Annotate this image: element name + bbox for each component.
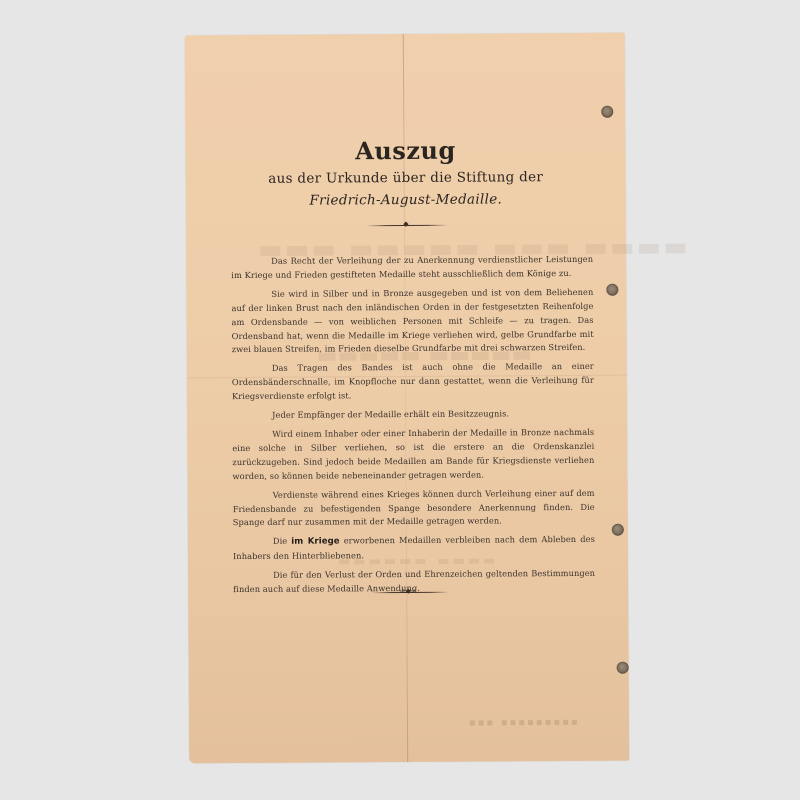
punch-hole xyxy=(606,284,618,296)
paragraph: Sie wird in Silber und in Bronze ausgege… xyxy=(231,286,593,358)
emphasized-phrase: im Kriege xyxy=(291,537,339,547)
punch-hole xyxy=(601,106,613,118)
paragraph: Das Tragen des Bandes ist auch ohne die … xyxy=(232,360,594,404)
paragraph-prefix: Die xyxy=(273,536,291,546)
paragraph: Verdienste während eines Krieges können … xyxy=(233,486,595,530)
punch-hole xyxy=(612,524,624,536)
photo-backdrop: ▬▬▬ ▬▬▬▬▬ ▬▬▬ ▬▬▬▬ ▬▬▬▬▬ ▬▬▬▬▬ ▬▬▬▬▬▬ ▬▬… xyxy=(0,0,800,800)
document-body: Das Recht der Verleihung der zu Anerkenn… xyxy=(231,253,595,602)
paragraph: Das Recht der Verleihung der zu Anerkenn… xyxy=(231,253,593,283)
document-title: Auszug xyxy=(185,135,625,167)
ornament-diamond-icon: ◆ xyxy=(186,220,626,230)
document-sheet: ▬▬▬ ▬▬▬▬▬ ▬▬▬ ▬▬▬▬ ▬▬▬▬▬ ▬▬▬▬▬ ▬▬▬▬▬▬ ▬▬… xyxy=(185,33,629,764)
paragraph: Die im Kriege erworbenen Medaillen verbl… xyxy=(233,533,595,564)
document-subtitle-line-1: aus der Urkunde über die Stiftung der xyxy=(186,169,626,188)
paragraph: Wird einem Inhaber oder einer Inhaberin … xyxy=(232,426,594,484)
document-subtitle-line-2: Friedrich-August-Medaille. xyxy=(186,191,626,210)
paragraph: Jeder Empfänger der Medaille erhält ein … xyxy=(232,407,594,423)
punch-hole xyxy=(617,662,629,674)
reverse-side-bleed-through: ▪▪▪ ▪▪▪▪▪▪▪▪▪ xyxy=(469,717,580,729)
